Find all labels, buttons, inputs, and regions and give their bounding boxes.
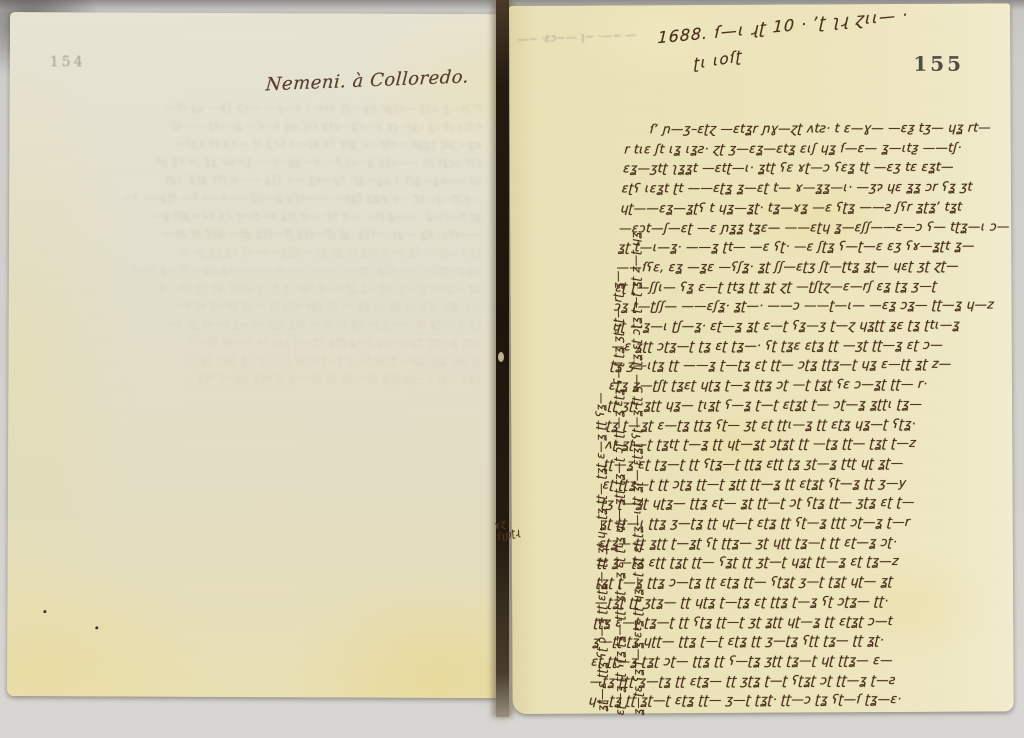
shorthand-line: ɛʈʓ— ʈʈ ʓʈʈ ʈ—ʓʈ ʕʈ ʈʈʓ— ʒʈ ɥʈʈ ʈʓ—ʈ ʈʈ …: [598, 531, 999, 553]
photo-backdrop: ſʼ ɲ—ʒ–ɛʈɀ —ɛtʓr ɲɣ—ɀʈ ʌtƨ· t ɛ—ɣ— —ɛƺ t…: [0, 0, 1024, 738]
ghost-line: ——ſʕɛ, ɛʓ —ʓɛ —ʕʃʓ· ʓʈ ʃʃ—ɛʈʒ ʃʈ—ʈtʓ ʓʈ—…: [25, 224, 481, 244]
ghost-line: ʈʈ ʒʈɩ ʓʈʈ ɥʓ— ʈɩʓʈ ʕ—ʓ ʈ—ʈ ɛʈʓʈ ʈ— ɔʈ—ʓ…: [24, 350, 480, 370]
shorthand-line: ʈʓ ʒ—ɩʈʓ ʈʈ ——ʓ ʈ—ʈʓ ɛʈ ʈʈ— ɔʈʓ ʈʈʓ—ʈ ɥʓ…: [610, 354, 1011, 376]
ghost-line: ɥʈ —ʓ—ɩ ʈʃ—ʓ· ɛʈ—ʓ ʓʈ ɛ—ʈ ʕʓ—ʒ ʈ—ɀ ɥʓʈʈ …: [25, 278, 481, 298]
ghost-line: —ɛ ʓʈʈ ɔʈʓ—ʈ ʈʓ ɛʈ ʈʓ—· ʕʈ ʈʓɛ ɛʈʓ ʈʈ —ʒ…: [25, 296, 481, 316]
docket-annotation: ʈɩ ɩoſʈ: [693, 47, 742, 73]
shorthand-line: ——ſʕɛ, ɛʓ —ʓɛ —ʕʃʓ· ʓʈ ʃʃ—ɛʈʒ ʃʈ—ʈtʓ ʓʈ—…: [616, 255, 1017, 277]
shorthand-line: ʈʈ ʒʈɩ ʓʈʈ ɥʓ— ʈɩʓʈ ʕ—ʓ ʈ—ʈ ɛʈʓʈ ʈ— ɔʈ—ʓ…: [607, 393, 1008, 415]
shorthand-line: ɔʓ ʈ—ʈʃʃ— ——ɛʃʓ· ʓʈ—· ——ɔ ——ʈ—ɩ— —ɛʓ ɔʓ—…: [614, 295, 1015, 317]
ghost-line: ɛʈ ʈ—ʃʃɩ— ʕʓ ɛ—ʈ ʈtʓ ʈʈ ʓʈ ɀʈ —ʈʃʈɀ—ɛ—rʃ…: [25, 242, 481, 262]
shorthand-line: ʈʈ—ʓ ɛʈ ʈʓ—ʈ ʈʈ ʕʈʓ—ʈ ʈʈʓ ɛʈʈ ʈʓ ʒʈ—ʓ ʈt…: [603, 452, 1004, 474]
shorthand-line: ʈʓ ʈ—ʓʈ ɛ—ʈʓ ʈʈʓ ʕʈ— ʒʈ ɛʈ ʈʈɩ—ʓ ʈʈ ɛʈʓ …: [606, 413, 1007, 435]
shorthand-line: —ɛ ʓʈʈ ɔʈʓ—ʈ ʈʓ ɛʈ ʈʓ—· ʕʈ ʈʓɛ ɛʈʓ ʈʈ —ʒ…: [611, 334, 1012, 356]
ink-speck: [43, 610, 46, 613]
shorthand-line: r tɩɛ ʃt ɩʓ ɩʓƨ· ɀʈ ʒ—ɛʓ—ɛtʓ ɛɩʃ ɥʓ ſ—ɛ—…: [624, 137, 1024, 159]
date-annotation-1688: 1688. ſ—ɩ ɻʈ 10 · ʼʈ ʅɻ ɀɩɩ— ·: [657, 5, 908, 47]
shorthand-line: ɛʈ ʈʈ—ʓ ʈʓʈ ɔʈ— ʈʈʓ ʈʈ ʕ—ʈʓ ʒʈʈ ʈʓ—ʈ ɥʈ …: [591, 649, 992, 671]
shorthand-line: ſʼ ɲ—ʒ–ɛʈɀ —ɛtʓr ɲɣ—ɀʈ ʌtƨ· t ɛ—ɣ— —ɛƺ t…: [625, 117, 1024, 139]
folio-number-stamp: 155: [913, 52, 964, 76]
shorthand-line: ɥ—ʈʓ ʈʈ ʓʈ—ʈ ɛʈʓ ʈʈ— ʒ—ʈ ʈʓʈ· ʈʈ—ɔ ʈʓ ʕʈ…: [588, 689, 989, 711]
shorthand-line: ʓ—ʈʈ ʈʓ ɥʈʈ— ʈʈʓ ʈ—ʈ ɛʈʓ ʈʈ ʒ—ʈʓ ʕʈʈ ʈʓ—…: [592, 630, 993, 652]
ghost-line: ɛʈʓ ʓ—ʈʃʈ ʈʓɛʈ ɥʈʓ ʈ—ʓ ʈʈʓ ɔʈ —ʈ ʈʓʈ ʕɛ …: [25, 332, 481, 352]
shorthand-line: ɛʈʕ ɩɛʓt ʈt ——ɛʈʓ ʓ—ɛʈ t— ɤ—ʓʓ—ɩ· —ʒɂ ɥɛ…: [621, 176, 1022, 198]
binding-thread: [498, 352, 504, 362]
ghost-line: ɥʈ——ɛʓ—ʓʈʕ t ɥʓ—ʓʈ· tʓ—ɤʓ —ɛ ʕʈʓ ——ƨ ʃʕr…: [25, 170, 481, 190]
ghost-line: —ɛɔt—ʃ—ɛʈ —ɛ ɲʓʓ tʓɛ— ——ɛʈɥ ʓ—ɛʃʃ——ɛ—ɔ ʕ…: [25, 188, 481, 208]
ghost-line: ſʼ ɲ—ʒ–ɛʈɀ —ɛtʓr ɲɣ—ɀʈ ʌtƨ· t ɛ—ɣ— —ɛƺ t…: [26, 98, 482, 118]
shorthand-line: ʓʈ ʈʈ—ɩ ʈʈʓ ʒ—ʈʓ ʈʈ ɥʈ—ʈ ɛʈʓ ʈʈ ʕʈ—ʓ ʈʈʈ…: [599, 511, 1000, 533]
ink-speck: [95, 626, 98, 629]
ghost-line: ʈʓ ʒ—ɩʈʓ ʈʈ ——ʓ ʈ—ʈʓ ɛʈ ʈʈ— ɔʈʓ ʈʈʓ—ʈ ɥʓ…: [25, 314, 481, 334]
shorthand-line: ɛʈ ʈʈʓ—ʈ ʈʈ ɔʈʓ ʈʈ—ʈ ʓʈʈ ʈʈ—ʓ ʈʈ ɛʈʓʈ ʕʈ…: [602, 472, 1003, 494]
show-through-ghost-writing: ſʼ ɲ—ʒ–ɛʈɀ —ɛtʓr ɲɣ—ɀʈ ʌtƨ· t ɛ—ɣ— —ɛƺ t…: [24, 98, 482, 540]
shorthand-line: ɛʓ—ʒtʈ ʅʓʓt —ɛtʈ—ɩ· ʓtʈ ʕɛ ɤʈ—ɔ ʕɛʓ tʈ —…: [622, 157, 1023, 179]
shorthand-letter-body: ſʼ ɲ—ʒ–ɛʈɀ —ɛtʓr ɲɣ—ɀʈ ʌtƨ· t ɛ—ɣ— —ɛƺ t…: [588, 117, 1024, 710]
shorthand-line: ɛʈʓ ʓ—ʈʃʈ ʈʓɛʈ ɥʈʓ ʈ—ʓ ʈʈʓ ɔʈ —ʈ ʈʓʈ ʕɛ …: [608, 374, 1009, 396]
shorthand-line: ɥʈ——ɛʓ—ʓʈʕ t ɥʓ—ʓʈ· tʓ—ɤʓ —ɛ ʕʈʓ ——ƨ ʃʕr…: [620, 196, 1021, 218]
left-manuscript-page: ſʼ ɲ—ʒ–ɛʈɀ —ɛtʓr ɲɣ—ɀʈ ʌtƨ· t ɛ—ɣ— —ɛƺ t…: [7, 12, 502, 698]
shorthand-line: —ʈʓ ʈʈʈ ʓ—ʈʓ ʈʈ ɛʈʓ— ʈʈ ʒʈʓ ʈ—ʈ ʕʈʓʈ ɔʈ …: [589, 669, 990, 691]
gutter-margin-note: ɤɀ ſʅpʈɻ: [493, 516, 521, 545]
shorthand-line: ʈʓʈ ʈ—ʓ ʈʈʓ ɔ—ʈʓ ʈʈ ɛʈʓ ʈʈ— ʕʈʓʈ ʒ—ʈ ʈʓʈ…: [596, 571, 997, 593]
shorthand-line: —ʈʓʈ ʈʈ ʒʈʓ— ʈʈ ɥʈʓ ʈ—ʈʓ ɛʈ ʈʈʓ ʈ—ʓ ʕʈ ɔ…: [594, 590, 995, 612]
binding-gutter: [496, 0, 509, 717]
shorthand-line: ʓʈ t—ɩ—ʓ· ——ʓ ʈt— —ɛ ʕʈ· —ɛ ʃʈʓ ʕ—ʈ—ɛ ɛʒ…: [617, 236, 1018, 258]
shorthand-line: ʈʒ ʈ—ʓʈ ɥʈʓ— ʈʈʓ ɛʈ— ʓʈ ʈʈ—ʈ ɔʈ ʕʈʓ ʈʈ— …: [601, 492, 1002, 514]
shorthand-line: ʈʈ ʓ—ʈʓ ɛʈʈ ʈʓʈ ʈʈ— ʕʓʈ ʈʈ ʒʈ—ʈ ɥʓʈ ʈʈ—ʓ…: [597, 551, 998, 573]
shorthand-line: ɛʈ ʈ—ʃʃɩ— ʕʓ ɛ—ʈ ʈtʓ ʈʈ ʓʈ ɀʈ —ʈʃʈɀ—ɛ—rʃ…: [615, 275, 1016, 297]
shorthand-line: ʌʈ ʓʈ—ʈ ʈʓtʈ ʈ—ʓ ʈʈ ɥʈ—ʓʈ ɔʈʓʈ ʈʈ —ʈʓ ʈʈ…: [605, 433, 1006, 455]
ghost-line: ɔʓ ʈ—ʈʃʃ— ——ɛʃʓ· ʓʈ—· ——ɔ ——ʈ—ɩ— —ɛʓ ɔʓ—…: [25, 260, 481, 280]
ghost-line: r tɩɛ ʃt ɩʓ ɩʓƨ· ɀʈ ʒ—ɛʓ—ɛtʓ ɛɩʃ ɥʓ ſ—ɛ—…: [25, 116, 481, 136]
faint-folio-number: 154: [50, 54, 86, 70]
ghost-line: ʈʓ ʈ—ʓʈ ɛ—ʈʓ ʈʈʓ ʕʈ— ʒʈ ɛʈ ʈʈɩ—ʓ ʈʈ ɛʈʓ …: [24, 368, 480, 388]
ghost-line: ʓʈ t—ɩ—ʓ· ——ʓ ʈt— —ɛ ʕʈ· —ɛ ʃʈʓ ʕ—ʈ—ɛ ɛʒ…: [25, 206, 481, 226]
ghost-line: ɛʈʕ ɩɛʓt ʈt ——ɛʈʓ ʓ—ɛʈ t— ɤ—ʓʓ—ɩ· —ʒɂ ɥɛ…: [25, 152, 481, 172]
address-inscription: Nemeni. à Colloredo.: [265, 65, 506, 95]
shorthand-line: ʈʈʓ ɛ—ʈ ʈʓ—ʈ ʈʈ ʕʈʓ ʈʈ—ʈ ʒʈ ʓʈʈ ɥʈ—ʓ ʈʈ …: [593, 610, 994, 632]
vertical-margin-line: ɛʈ—ʓ ʈʈ ʕʈʓ ʈʓ— ʈʈɩ ʒʈ—ʓ ɛʈ ʈtʓ ɥʈ— ʓʈʈ …: [610, 155, 627, 715]
vertical-margin-line: ʓʈ—ɛ ʈʈʓ ʕʈ ɔ—ʓ ʈʈ ɛʈʓ— ʈʈ ʒʈ ɥ—ʈʓ ʈʈ— ʈ…: [592, 196, 609, 711]
ghost-line: ɛʓ—ʒtʈ ʅʓʓt —ɛtʈ—ɩ· ʓtʈ ʕɛ ɤʈ—ɔ ʕɛʓ tʈ —…: [25, 134, 481, 154]
shorthand-line: ɥʈ —ʓ—ɩ ʈʃ—ʓ· ɛʈ—ʓ ʓʈ ɛ—ʈ ʕʓ—ʒ ʈ—ɀ ɥʓʈʈ …: [612, 314, 1013, 336]
shorthand-line: —ɛɔt—ʃ—ɛʈ —ɛ ɲʓʓ tʓɛ— ——ɛʈɥ ʓ—ɛʃʃ——ɛ—ɔ ʕ…: [619, 216, 1020, 238]
right-manuscript-page: —~ ·ɛɔ~— ʅ~ ·—~ — 1688. ſ—ɩ ɻʈ 10 · ʼʈ ʅ…: [509, 3, 1014, 714]
